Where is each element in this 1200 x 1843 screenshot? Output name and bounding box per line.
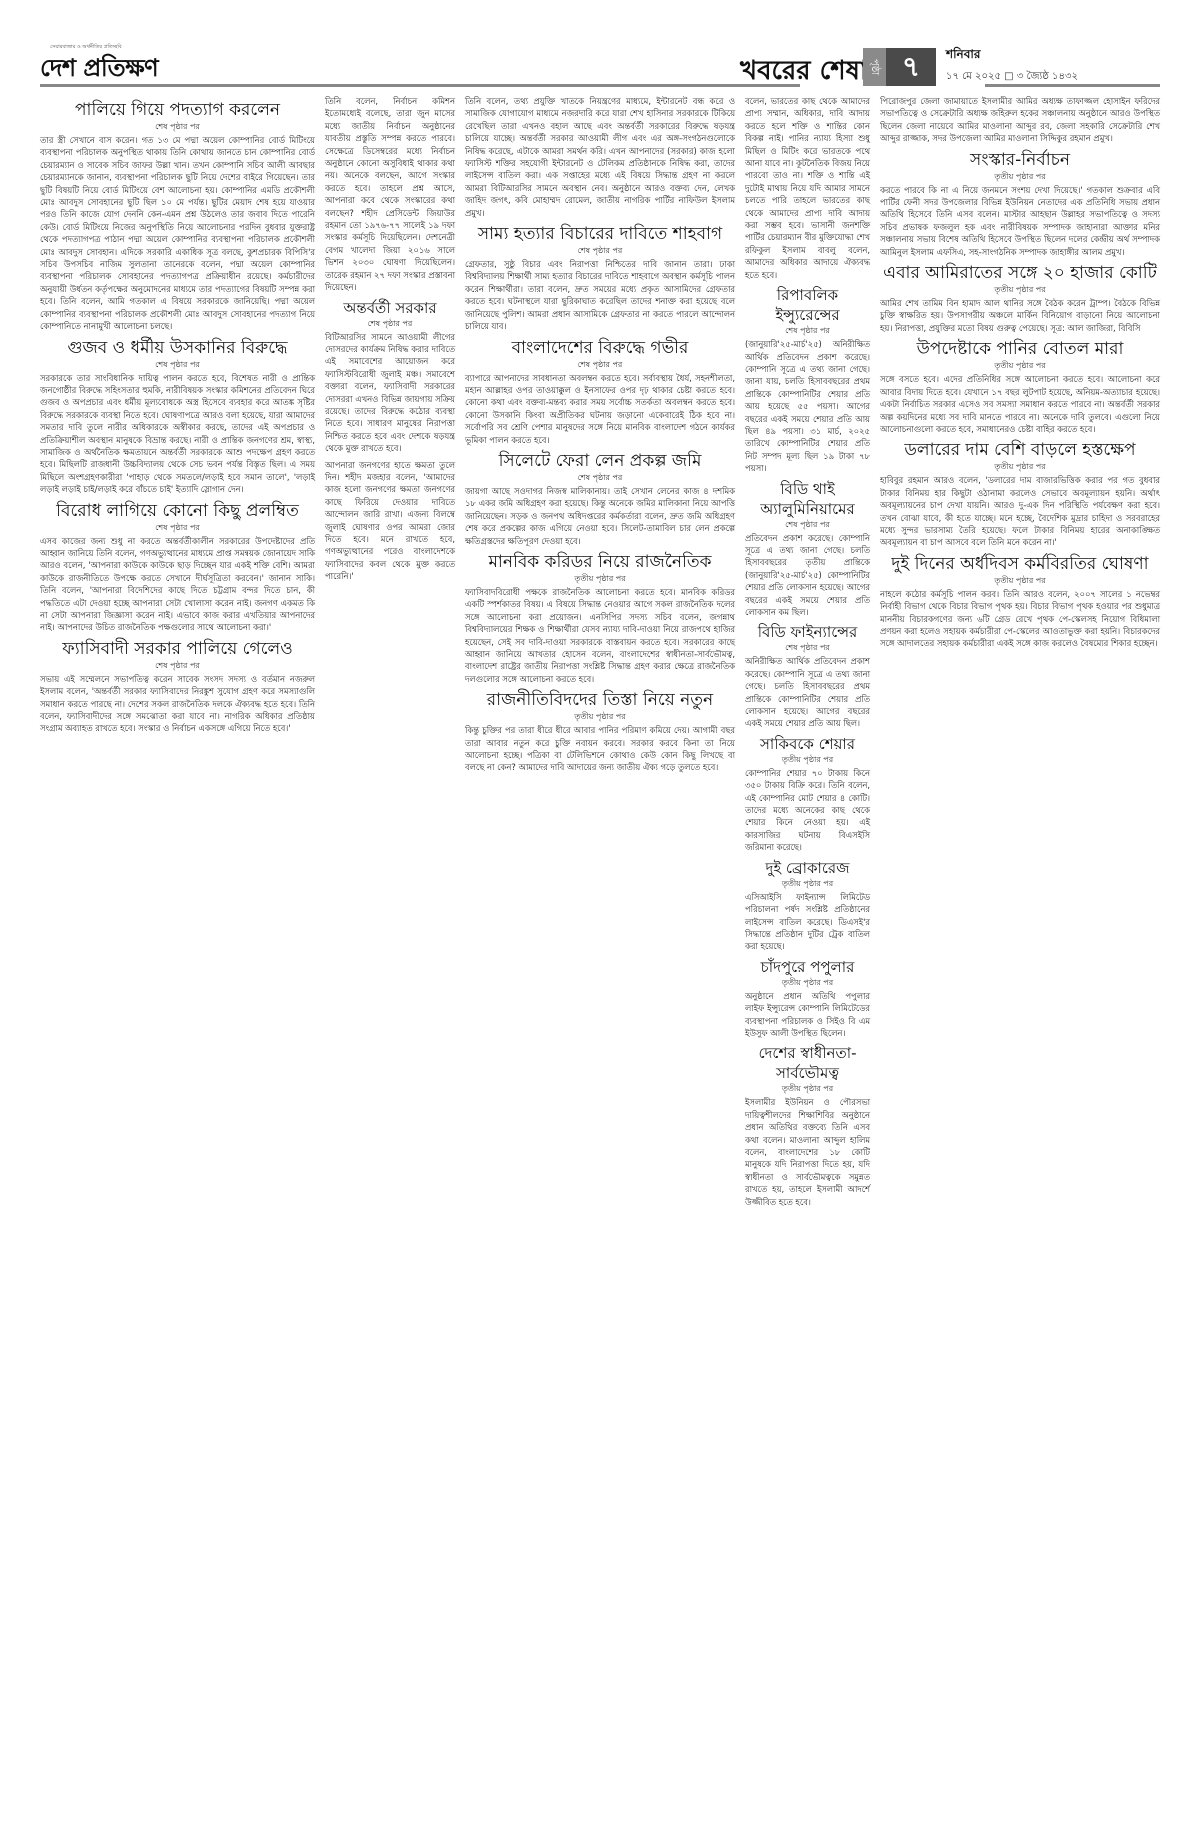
- article-headline: রিপাবলিক ইন্স্যুরেন্সের: [745, 285, 870, 325]
- dateline: শনিবার ১৭ মে ২০২৫ □ ৩ জ্যৈষ্ঠ ১৪৩২: [946, 46, 1078, 86]
- article-body: ব্যাপারে আপনাদের সাবধানতা অবলম্বন করতে হ…: [465, 372, 735, 446]
- article-body: হাবিবুর রহমান আরও বলেন, 'ডলারের দাম বাজা…: [880, 474, 1160, 548]
- continued-from: তৃতীয় পৃষ্ঠার পর: [745, 977, 870, 988]
- article-body: সঙ্গে বসতে হবে। এদের প্রতিনিধির সঙ্গে আল…: [880, 373, 1160, 435]
- article-body: প্রতিবেদন প্রকাশ করেছে। কোম্পানি সূত্রে …: [745, 532, 870, 619]
- article-headline: গুজব ও ধর্মীয় উসকানির বিরুদ্ধে: [40, 337, 315, 359]
- article: মানবিক করিডর নিয়ে রাজনৈতিক তৃতীয় পৃষ্ঠ…: [465, 551, 735, 685]
- article: উপদেষ্টাকে পানির বোতল মারা তৃতীয় পৃষ্ঠা…: [880, 338, 1160, 435]
- continued-from: শেষ পৃষ্ঠার পর: [745, 642, 870, 653]
- continued-from: তৃতীয় পৃষ্ঠার পর: [880, 171, 1160, 182]
- article-headline: মানবিক করিডর নিয়ে রাজনৈতিক: [465, 551, 735, 573]
- column-4: বলেন, ভারতের কাছ থেকে আমাদের প্রাপ্য সম্…: [745, 95, 870, 1212]
- article-headline: দুই দিনের অর্ধদিবস কর্মবিরতির ঘোষণা: [880, 553, 1160, 575]
- article: রাজনীতিবিদদের তিস্তা নিয়ে নতুন তৃতীয় প…: [465, 689, 735, 774]
- article-body: অনুষ্ঠানে প্রধান অতিথি পপুলার লাইফ ইন্স্…: [745, 990, 870, 1040]
- article-headline: সাকিবকে শেয়ার: [745, 734, 870, 754]
- continued-from: তৃতীয় পৃষ্ঠার পর: [465, 711, 735, 722]
- continued-from: শেষ পৃষ্ঠার পর: [745, 325, 870, 336]
- article-body: তিনি বলেন, নির্বাচন কমিশন ইতোমধ্যেই বলেছ…: [325, 95, 455, 294]
- masthead: সেয়ারবাজার ও অর্থনীতির প্রতিচ্ছবি দেশ প…: [40, 40, 1160, 86]
- continued-from: তৃতীয় পৃষ্ঠার পর: [745, 754, 870, 765]
- article-headline: সাম্য হত্যার বিচারের দাবিতে শাহবাগ: [465, 223, 735, 245]
- article-body: বলেন, ভারতের কাছ থেকে আমাদের প্রাপ্য সম্…: [745, 95, 870, 281]
- continued-from: শেষ পৃষ্ঠার পর: [40, 359, 315, 370]
- article-headline: বিরোধ লাগিয়ে কোনো কিছু প্রলম্বিত: [40, 500, 315, 522]
- article-headline: রাজনীতিবিদদের তিস্তা নিয়ে নতুন: [465, 689, 735, 711]
- article: দেশের স্বাধীনতা-সার্বভৌমত্ব তৃতীয় পৃষ্ঠ…: [745, 1043, 870, 1208]
- article: গুজব ও ধর্মীয় উসকানির বিরুদ্ধে শেষ পৃষ্…: [40, 337, 315, 496]
- article-body: অনিরীক্ষিত আর্থিক প্রতিবেদন প্রকাশ করেছে…: [745, 655, 870, 729]
- article-body: সভায় এই সম্মেলনে সভাপতিত্ব করেন সাবেক স…: [40, 673, 315, 735]
- column-1: পালিয়ে গিয়ে পদত্যাগ করলেন শেষ পৃষ্ঠার …: [40, 95, 315, 739]
- newspaper-logo: সেয়ারবাজার ও অর্থনীতির প্রতিচ্ছবি দেশ প…: [40, 40, 230, 86]
- article-body: এসিআইসি ফাইন্যান্স লিমিটেড পরিচালনা পর্ষ…: [745, 891, 870, 953]
- page-number: ৭: [886, 48, 936, 86]
- article: দুই দিনের অর্ধদিবস কর্মবিরতির ঘোষণা তৃতী…: [880, 553, 1160, 650]
- article: তিনি বলেন, তথ্য প্রযুক্তি খাতকে নিয়ন্ত্…: [465, 95, 735, 219]
- article-body: আপনারা জনগণের হাতে ক্ষমতা তুলে দিন। শহীদ…: [325, 459, 455, 583]
- article: বিরোধ লাগিয়ে কোনো কিছু প্রলম্বিত শেষ পৃ…: [40, 500, 315, 634]
- continued-from: তৃতীয় পৃষ্ঠার পর: [880, 461, 1160, 472]
- article-body: এসব কাজের জন্য শুধু না করতে অন্তর্বর্তীক…: [40, 535, 315, 634]
- article-headline: ডলারের দাম বেশি বাড়লে হস্তক্ষেপ: [880, 439, 1160, 461]
- continued-from: তৃতীয় পৃষ্ঠার পর: [880, 360, 1160, 371]
- continued-from: শেষ পৃষ্ঠার পর: [465, 359, 735, 370]
- article: বিডি ফাইন্যান্সের শেষ পৃষ্ঠার পর অনিরীক্…: [745, 622, 870, 729]
- article-headline: পালিয়ে গিয়ে পদত্যাগ করলেন: [40, 99, 315, 121]
- article-headline: অন্তর্বর্তী সরকার: [325, 298, 455, 318]
- article-headline: বিডি থাই অ্যালুমিনিয়ামের: [745, 479, 870, 519]
- continued-from: তৃতীয় পৃষ্ঠার পর: [465, 573, 735, 584]
- article-body: সরকারকে তার সাংবিধানিক দায়িত্ব পালন করত…: [40, 372, 315, 496]
- article-body: তিনি বলেন, তথ্য প্রযুক্তি খাতকে নিয়ন্ত্…: [465, 95, 735, 219]
- article-body: নাহলে কঠোর কর্মসূচি পালন করব। তিনি আরও ব…: [880, 588, 1160, 650]
- article-body: (জানুয়ারি'২৫-মার্চ'২৫) অনিরীক্ষিত আর্থি…: [745, 338, 870, 474]
- article: আপনারা জনগণের হাতে ক্ষমতা তুলে দিন। শহীদ…: [325, 459, 455, 583]
- article: চাঁদপুরে পপুলার তৃতীয় পৃষ্ঠার পর অনুষ্ঠ…: [745, 957, 870, 1040]
- article: ডলারের দাম বেশি বাড়লে হস্তক্ষেপ তৃতীয় …: [880, 439, 1160, 548]
- article: অন্তর্বর্তী সরকার শেষ পৃষ্ঠার পর বিটিআরস…: [325, 298, 455, 455]
- header-rule: [40, 84, 800, 87]
- article: ফ্যাসিবাদী সরকার পালিয়ে গেলেও শেষ পৃষ্ঠ…: [40, 638, 315, 735]
- continued-from: তৃতীয় পৃষ্ঠার পর: [745, 1083, 870, 1094]
- article-headline: দুই ব্রোকারেজ: [745, 858, 870, 878]
- article: পিরোজপুর জেলা জামায়াতে ইসলামীর আমির অধ্…: [880, 95, 1160, 145]
- article: বিডি থাই অ্যালুমিনিয়ামের শেষ পৃষ্ঠার পর…: [745, 479, 870, 619]
- header-rule: [985, 84, 1160, 87]
- article-body: বিটিআরসির সামনে আওয়ামী লীগের দোসরদের কা…: [325, 331, 455, 455]
- article: সংস্কার-নির্বাচন তৃতীয় পৃষ্ঠার পর করতে …: [880, 149, 1160, 258]
- continued-from: শেষ পৃষ্ঠার পর: [325, 318, 455, 329]
- article-headline: উপদেষ্টাকে পানির বোতল মারা: [880, 338, 1160, 360]
- page-label: পৃষ্ঠা: [863, 48, 886, 86]
- article: পালিয়ে গিয়ে পদত্যাগ করলেন শেষ পৃষ্ঠার …: [40, 99, 315, 333]
- article-body: কোম্পানির শেয়ার ৭০ টাকায় কিনে ৩৫০ টাকা…: [745, 767, 870, 854]
- article-body: ইসলামীর ইউনিয়ন ও পৌরসভা দায়িত্বশীলদের …: [745, 1096, 870, 1208]
- continued-from: শেষ পৃষ্ঠার পর: [465, 245, 735, 256]
- continued-from: তৃতীয় পৃষ্ঠার পর: [880, 575, 1160, 586]
- article: সাম্য হত্যার বিচারের দাবিতে শাহবাগ শেষ প…: [465, 223, 735, 332]
- column-5: পিরোজপুর জেলা জামায়াতে ইসলামীর আমির অধ্…: [880, 95, 1160, 654]
- article-headline: এবার আমিরাতের সঙ্গে ২০ হাজার কোটি: [880, 262, 1160, 284]
- column-2: তিনি বলেন, নির্বাচন কমিশন ইতোমধ্যেই বলেছ…: [325, 95, 455, 587]
- continued-from: তৃতীয় পৃষ্ঠার পর: [880, 284, 1160, 295]
- article: বলেন, ভারতের কাছ থেকে আমাদের প্রাপ্য সম্…: [745, 95, 870, 281]
- article-body: গ্রেফতার, সুষ্ঠু বিচার এবং নিরাপত্তা নিশ…: [465, 258, 735, 332]
- article-body: জায়গা আছে সওদাগর নিজস্ব মালিকানায়। তাই…: [465, 485, 735, 547]
- article-headline: চাঁদপুরে পপুলার: [745, 957, 870, 977]
- day-of-week: শনিবার: [946, 46, 1078, 66]
- article: সাকিবকে শেয়ার তৃতীয় পৃষ্ঠার পর কোম্পান…: [745, 734, 870, 854]
- article-body: করতে পারবে কি না এ নিয়ে জনমনে সংশয় দেখ…: [880, 184, 1160, 258]
- article-headline: ফ্যাসিবাদী সরকার পালিয়ে গেলেও: [40, 638, 315, 660]
- article-body: তার স্ত্রী সেখানে বাস করেন। গত ১৩ মে পদ্…: [40, 134, 315, 333]
- article: বাংলাদেশের বিরুদ্ধে গভীর শেষ পৃষ্ঠার পর …: [465, 337, 735, 446]
- article-body: ফ্যাসিবাদবিরোধী পক্ষকে রাজনৈতিক আলোচনা ক…: [465, 586, 735, 685]
- article-body: পিরোজপুর জেলা জামায়াতে ইসলামীর আমির অধ্…: [880, 95, 1160, 145]
- article: দুই ব্রোকারেজ তৃতীয় পৃষ্ঠার পর এসিআইসি …: [745, 858, 870, 953]
- article: রিপাবলিক ইন্স্যুরেন্সের শেষ পৃষ্ঠার পর (…: [745, 285, 870, 474]
- continued-from: শেষ পৃষ্ঠার পর: [40, 121, 315, 132]
- continued-from: শেষ পৃষ্ঠার পর: [40, 660, 315, 671]
- continued-from: শেষ পৃষ্ঠার পর: [40, 522, 315, 533]
- article-body: আমির শেখ তামিম বিন হামাদ আল থানির সঙ্গে …: [880, 297, 1160, 334]
- article-headline: বাংলাদেশের বিরুদ্ধে গভীর: [465, 337, 735, 359]
- article: এবার আমিরাতের সঙ্গে ২০ হাজার কোটি তৃতীয়…: [880, 262, 1160, 334]
- article-headline: বিডি ফাইন্যান্সের: [745, 622, 870, 642]
- continued-from: তৃতীয় পৃষ্ঠার পর: [745, 878, 870, 889]
- article: তিনি বলেন, নির্বাচন কমিশন ইতোমধ্যেই বলেছ…: [325, 95, 455, 294]
- continued-from: শেষ পৃষ্ঠার পর: [465, 472, 735, 483]
- article-headline: সংস্কার-নির্বাচন: [880, 149, 1160, 171]
- article-headline: দেশের স্বাধীনতা-সার্বভৌমত্ব: [745, 1043, 870, 1083]
- article: সিলেটে ফেরা লেন প্রকল্প জমি শেষ পৃষ্ঠার …: [465, 450, 735, 547]
- article-headline: সিলেটে ফেরা লেন প্রকল্প জমি: [465, 450, 735, 472]
- continued-from: শেষ পৃষ্ঠার পর: [745, 519, 870, 530]
- column-3: তিনি বলেন, তথ্য প্রযুক্তি খাতকে নিয়ন্ত্…: [465, 95, 735, 778]
- article-body: কিন্তু চুক্তির পর তারা ধীরে ধীরে আবার পা…: [465, 724, 735, 774]
